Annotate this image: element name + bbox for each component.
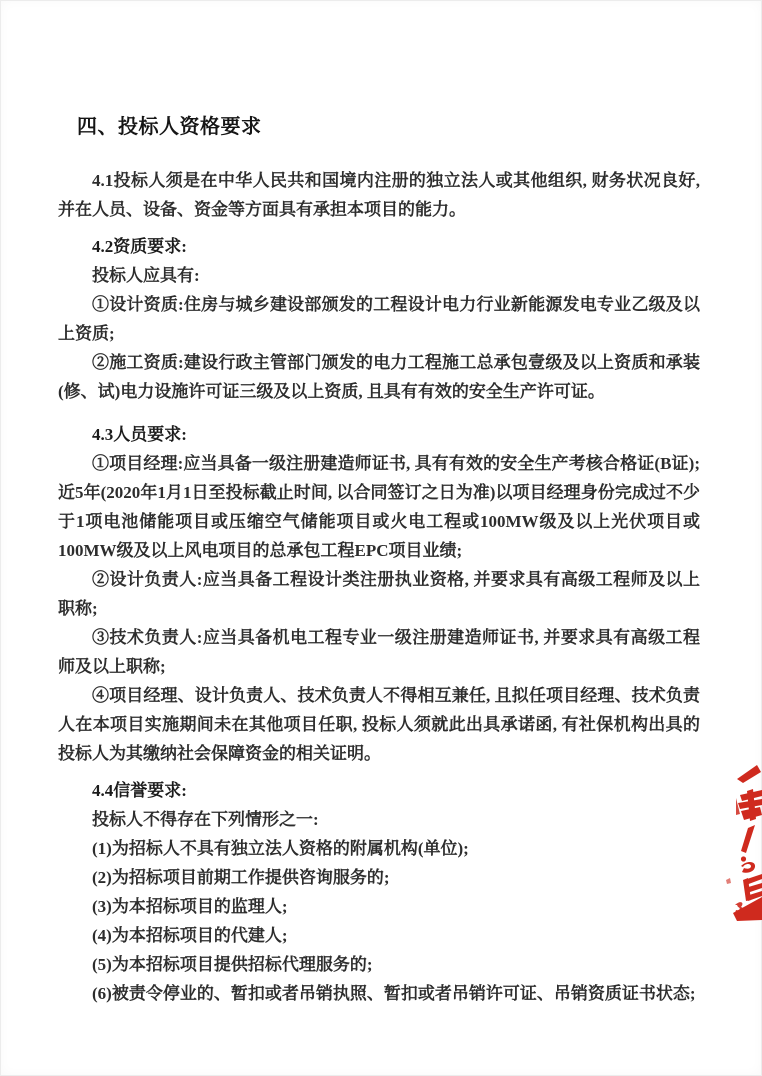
list-item-5: (5)为本招标项目提供招标代理服务的;: [58, 950, 700, 979]
list-item-6: (6)被责令停业的、暂扣或者吊销执照、暂扣或者吊销许可证、吊销资质证书状态;: [58, 979, 700, 1008]
list-item-1: (1)为招标人不具有独立法人资格的附属机构(单位);: [58, 834, 700, 863]
heading-4-2-qualification: 4.2资质要求:: [58, 232, 700, 261]
para-design-lead-requirement: ②设计负责人:应当具备工程设计类注册执业资格, 并要求具有高级工程师及以上职称;: [58, 565, 700, 623]
heading-4-4-reputation: 4.4信誉要求:: [58, 776, 700, 805]
para-prohibited-intro: 投标人不得存在下列情形之一:: [58, 805, 700, 834]
list-item-2: (2)为招标项目前期工作提供咨询服务的;: [58, 863, 700, 892]
document-body: 四、投标人资格要求 4.1投标人须是在中华人民共和国境内注册的独立法人或其他组织…: [58, 112, 700, 1008]
para-construction-qualification: ②施工资质:建设行政主管部门颁发的电力工程施工总承包壹级及以上资质和承装(修、试…: [58, 348, 700, 406]
list-item-3: (3)为本招标项目的监理人;: [58, 892, 700, 921]
scanned-document-page: 四、投标人资格要求 4.1投标人须是在中华人民共和国境内注册的独立法人或其他组织…: [0, 0, 762, 1076]
heading-4-3-personnel: 4.3人员要求:: [58, 420, 700, 449]
para-bidder-should-have: 投标人应具有:: [58, 261, 700, 290]
red-ink-stamp-icon: [722, 762, 762, 924]
list-item-4: (4)为本招标项目的代建人;: [58, 921, 700, 950]
para-no-concurrent-roles: ④项目经理、设计负责人、技术负责人不得相互兼任, 且拟任项目经理、技术负责人在本…: [58, 681, 700, 768]
section-title: 四、投标人资格要求: [77, 112, 700, 142]
para-4-1-bidder-eligibility: 4.1投标人须是在中华人民共和国境内注册的独立法人或其他组织, 财务状况良好, …: [58, 166, 700, 224]
para-design-qualification: ①设计资质:住房与城乡建设部颁发的工程设计电力行业新能源发电专业乙级及以上资质;: [58, 290, 700, 348]
para-project-manager-requirement: ①项目经理:应当具备一级注册建造师证书, 具有有效的安全生产考核合格证(B证);…: [58, 449, 700, 565]
para-technical-lead-requirement: ③技术负责人:应当具备机电工程专业一级注册建造师证书, 并要求具有高级工程师及以…: [58, 623, 700, 681]
